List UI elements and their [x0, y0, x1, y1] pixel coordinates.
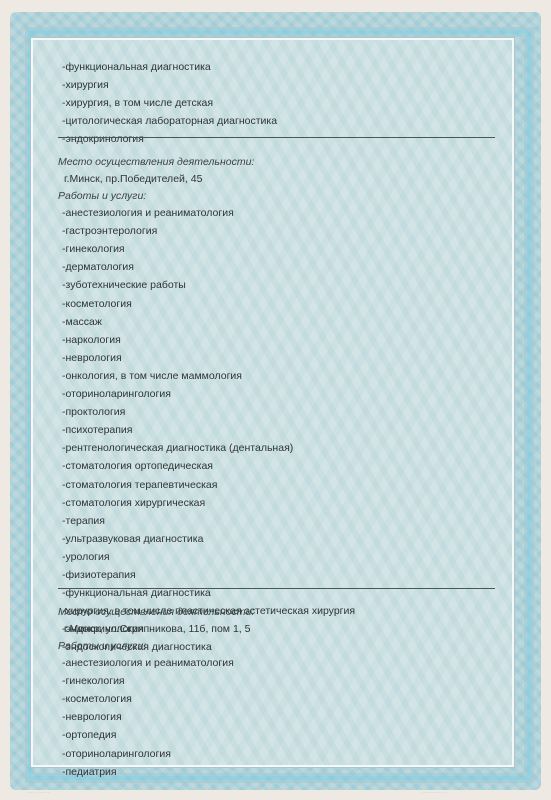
service-item: -психотерапия: [62, 424, 133, 436]
content-panel: -функциональная диагностика-хирургия-хир…: [31, 38, 514, 767]
service-item: -эндокринология: [62, 133, 144, 145]
footer-printer-note-right: · · · · · · · · · · · ·: [422, 791, 447, 795]
section-divider: [58, 137, 495, 138]
address: г.Минск, пр.Победителей, 45: [64, 173, 202, 185]
service-item: -косметология: [62, 298, 132, 310]
service-item: -анестезиология и реаниматология: [62, 657, 234, 669]
service-item: -рентгенологическая диагностика (денталь…: [62, 442, 293, 454]
service-item: -педиатрия: [62, 766, 117, 778]
service-item: -стоматология хирургическая: [62, 497, 205, 509]
service-item: -функциональная диагностика: [62, 61, 211, 73]
footer-printer-note-left: · · · · · · · · · · ·: [27, 791, 50, 795]
service-item: -урология: [62, 551, 110, 563]
service-item: -дерматология: [62, 261, 134, 273]
services-label: Работы и услуги:: [58, 190, 146, 202]
service-item: -зуботехнические работы: [62, 279, 186, 291]
service-item: -стоматология терапевтическая: [62, 479, 217, 491]
service-item: -ультразвуковая диагностика: [62, 533, 203, 545]
service-item: -наркология: [62, 334, 121, 346]
service-item: -хирургия, в том числе детская: [62, 97, 213, 109]
section-divider: [58, 588, 495, 589]
service-item: -косметология: [62, 693, 132, 705]
service-item: -физиотерапия: [62, 569, 136, 581]
service-item: -оториноларингология: [62, 388, 171, 400]
service-item: -онкология, в том числе маммология: [62, 370, 242, 382]
service-item: -хирургия: [62, 79, 109, 91]
address: г.Минск, ул.Скрипникова, 11б, пом 1, 5: [64, 623, 250, 635]
service-item: -проктология: [62, 406, 125, 418]
services-label: Работы и услуги:: [58, 640, 146, 652]
service-item: -анестезиология и реаниматология: [62, 207, 234, 219]
service-item: -цитологическая лабораторная диагностика: [62, 115, 277, 127]
service-item: -гастроэнтерология: [62, 225, 157, 237]
service-item: -терапия: [62, 515, 105, 527]
service-item: -стоматология ортопедическая: [62, 460, 213, 472]
service-item: -гинекология: [62, 243, 125, 255]
service-item: -неврология: [62, 352, 122, 364]
service-item: -массаж: [62, 316, 102, 328]
license-content: -функциональная диагностика-хирургия-хир…: [33, 40, 512, 765]
service-item: -ортопедия: [62, 729, 116, 741]
service-item: -гинекология: [62, 675, 125, 687]
place-label: Место осуществления деятельности:: [58, 606, 254, 618]
service-item: -неврология: [62, 711, 122, 723]
service-item: -оториноларингология: [62, 748, 171, 760]
place-label: Место осуществления деятельности:: [58, 156, 254, 168]
